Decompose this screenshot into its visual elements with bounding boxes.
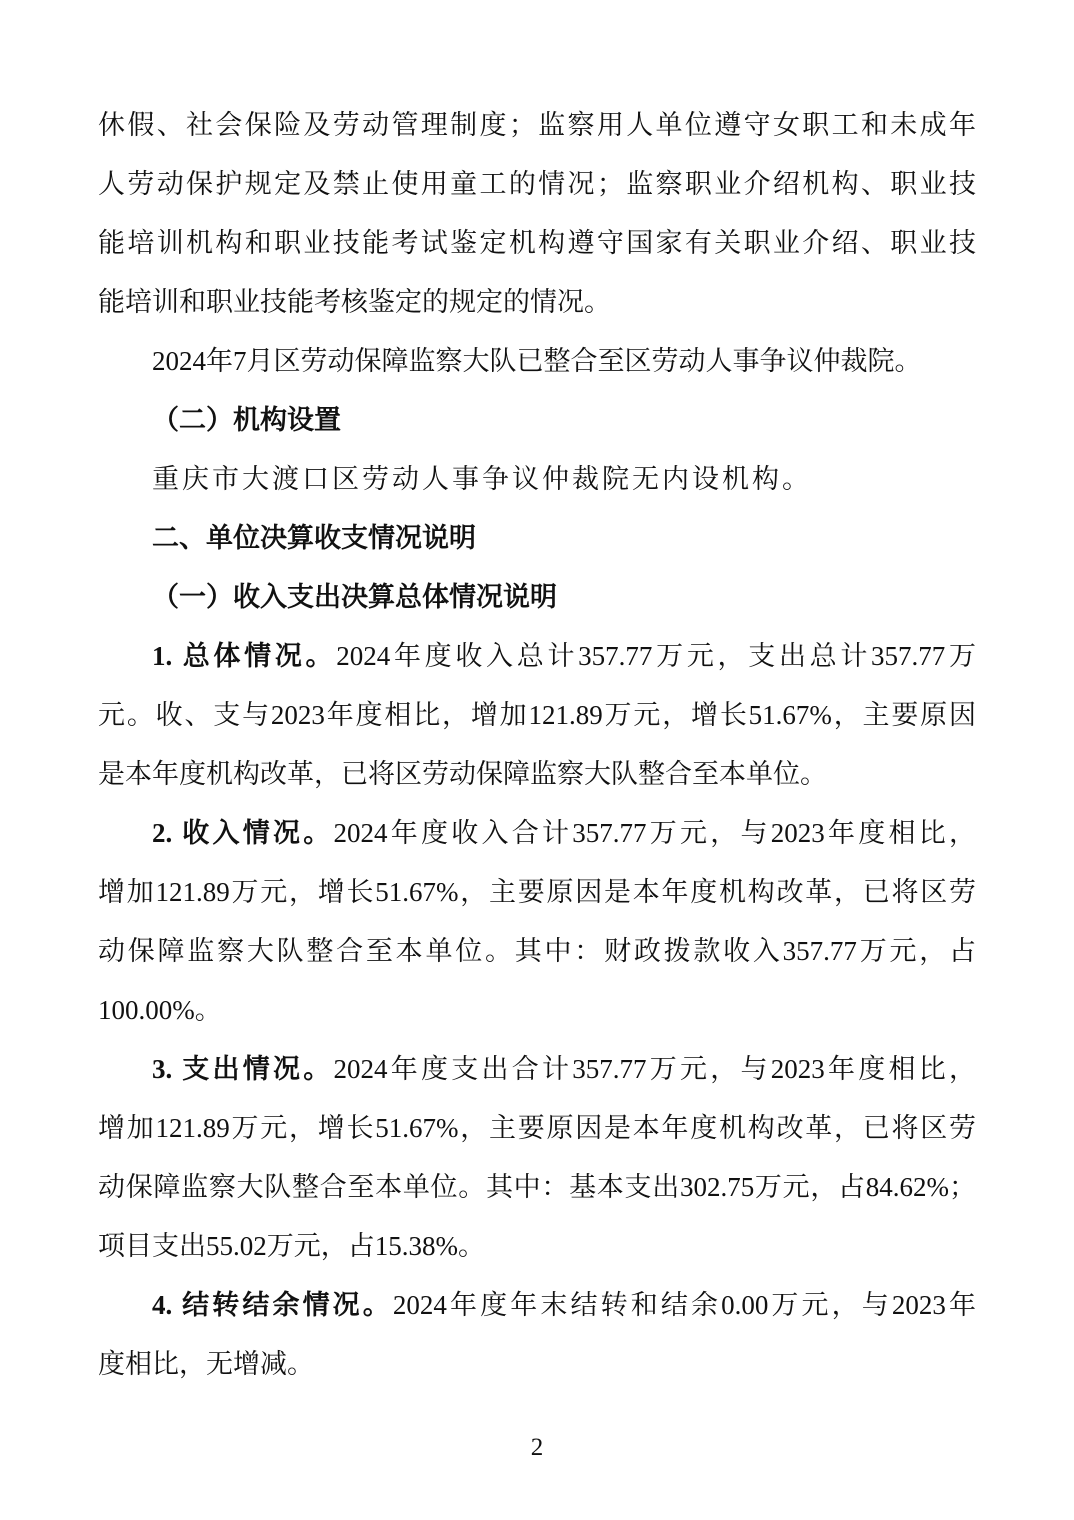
heading-org-setup: （二）机构设置 (98, 391, 976, 450)
item-2-lead: 2. 收入情况。 (152, 818, 334, 848)
item-3-lead: 3. 支出情况。 (152, 1054, 334, 1084)
paragraph-overall-line-1: 1. 总体情况。2024年度收入总计357.77万元，支出总计357.77万 (98, 627, 976, 686)
paragraph-expense-line-3: 动保障监察大队整合至本单位。其中：基本支出302.75万元，占84.62%； (98, 1158, 976, 1217)
paragraph-expense-line-1: 3. 支出情况。2024年度支出合计357.77万元，与2023年度相比， (98, 1040, 976, 1099)
paragraph-carryover-line-1: 4. 结转结余情况。2024年度年末结转和结余0.00万元，与2023年 (98, 1276, 976, 1335)
item-2-text: 2024年度收入合计357.77万元，与2023年度相比， (334, 818, 977, 848)
paragraph-income-line-3: 动保障监察大队整合至本单位。其中：财政拨款收入357.77万元，占 (98, 922, 976, 981)
document-page: 休假、社会保险及劳动管理制度；监察用人单位遵守女职工和未成年 人劳动保护规定及禁… (0, 0, 1074, 1520)
paragraph-supervision-line-4: 能培训和职业技能考核鉴定的规定的情况。 (98, 273, 976, 332)
item-4-lead: 4. 结转结余情况。 (152, 1290, 393, 1320)
item-1-text: 2024年度收入总计357.77万元，支出总计357.77万 (336, 641, 976, 671)
paragraph-overall-line-3: 是本年度机构改革，已将区劳动保障监察大队整合至本单位。 (98, 745, 976, 804)
paragraph-supervision-line-3: 能培训机构和职业技能考试鉴定机构遵守国家有关职业介绍、职业技 (98, 214, 976, 273)
paragraph-expense-line-2: 增加121.89万元，增长51.67%，主要原因是本年度机构改革，已将区劳 (98, 1099, 976, 1158)
paragraph-income-line-4: 100.00%。 (98, 981, 976, 1040)
document-content: 休假、社会保险及劳动管理制度；监察用人单位遵守女职工和未成年 人劳动保护规定及禁… (98, 96, 976, 1394)
paragraph-expense-line-4: 项目支出55.02万元，占15.38%。 (98, 1217, 976, 1276)
paragraph-no-internal-org: 重庆市大渡口区劳动人事争议仲裁院无内设机构。 (98, 450, 976, 509)
paragraph-overall-line-2: 元。收、支与2023年度相比，增加121.89万元，增长51.67%，主要原因 (98, 686, 976, 745)
paragraph-supervision-line-2: 人劳动保护规定及禁止使用童工的情况；监察职业介绍机构、职业技 (98, 155, 976, 214)
paragraph-income-line-2: 增加121.89万元，增长51.67%，主要原因是本年度机构改革，已将区劳 (98, 863, 976, 922)
paragraph-merge-note: 2024年7月区劳动保障监察大队已整合至区劳动人事争议仲裁院。 (98, 332, 976, 391)
item-4-text: 2024年度年末结转和结余0.00万元，与2023年 (393, 1290, 976, 1320)
paragraph-carryover-line-2: 度相比，无增减。 (98, 1335, 976, 1394)
item-3-text: 2024年度支出合计357.77万元，与2023年度相比， (334, 1054, 977, 1084)
paragraph-supervision-line-1: 休假、社会保险及劳动管理制度；监察用人单位遵守女职工和未成年 (98, 96, 976, 155)
page-number: 2 (0, 1418, 1074, 1477)
paragraph-income-line-1: 2. 收入情况。2024年度收入合计357.77万元，与2023年度相比， (98, 804, 976, 863)
heading-section-2: 二、单位决算收支情况说明 (98, 509, 976, 568)
heading-subsection-1: （一）收入支出决算总体情况说明 (98, 568, 976, 627)
item-1-lead: 1. 总体情况。 (152, 641, 336, 671)
